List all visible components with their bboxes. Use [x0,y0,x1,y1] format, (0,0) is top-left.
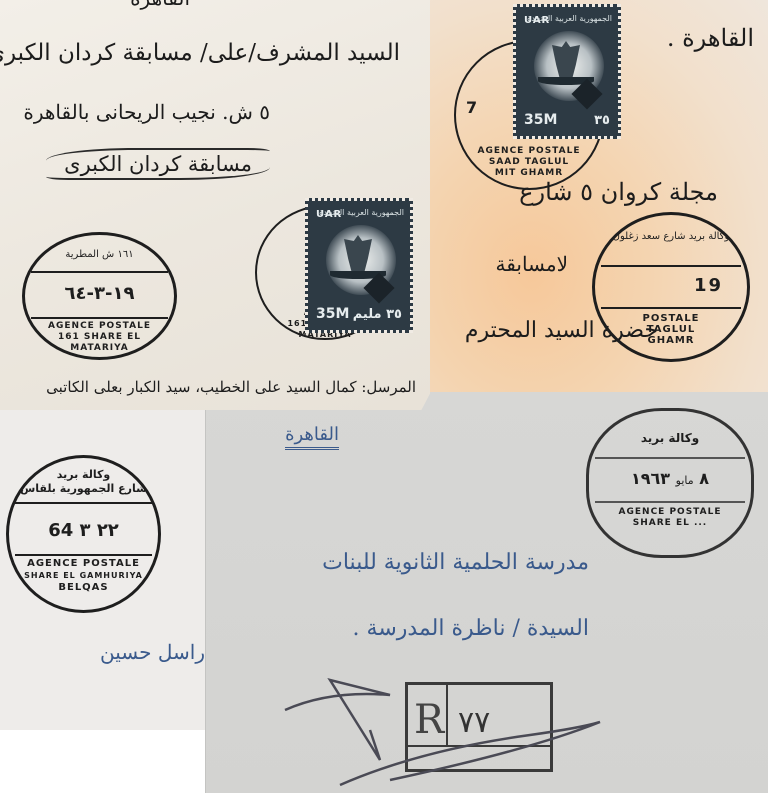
address-line-2: لامسابقة [496,252,568,276]
address-line-1: السيد المشرف/على/ مسابقة كردان الكبرى [0,40,400,66]
sender-line: المرسل: كمال السيد على الخطيب، سيد الكبا… [46,378,416,396]
postmark-mit-ghamr: وكالة بريد شارع سعد زغلول 19 POSTALE TAG… [592,212,750,362]
address-line-2: ٥ ش. نجيب الريحانى بالقاهرة [23,100,270,124]
stamp-uar-35m: UAR الجمهورية العربية المتحدة 35M ٣٥ ملي… [305,198,413,333]
city-line: القاهرة . [667,24,754,52]
cover-top-right: القاهرة . مجلة كروان ٥ شارع لامسابقة حضر… [430,0,768,392]
cover-top-left: القاهرة السيد المشرف/على/ مسابقة كردان ا… [0,0,430,410]
signature-scribble [270,670,630,790]
address-line-2: السيدة / ناظرة المدرسة . [353,616,589,641]
address-line-1: مدرسة الحلمية الثانوية للبنات [322,550,589,575]
postmark-matariya: ١٦١ ش المطرية ١٩-٣-٦٤ AGENCE POSTALE 161… [22,232,177,360]
address-line-3-boxed: مسابقة كردان الكبرى [46,148,270,180]
cover-bottom-left: وكالة بريد شارع الجمهورية بلقاس ٢٢ ٣ 64 … [0,400,216,730]
postmark-cairo-1963: وكالة بريد ٨ مايو ١٩٦٣ AGENCE POSTALE SH… [586,408,754,558]
handwriting-fragment: راسل حسين [100,640,205,664]
postmark-belqas: وكالة بريد شارع الجمهورية بلقاس ٢٢ ٣ 64 … [6,455,161,613]
city-line: القاهرة [130,0,190,10]
city-line: القاهرة [285,424,339,450]
stamp-uar-35m: UAR الجمهورية العربية المتحدة 35M ٣٥ [513,4,621,139]
